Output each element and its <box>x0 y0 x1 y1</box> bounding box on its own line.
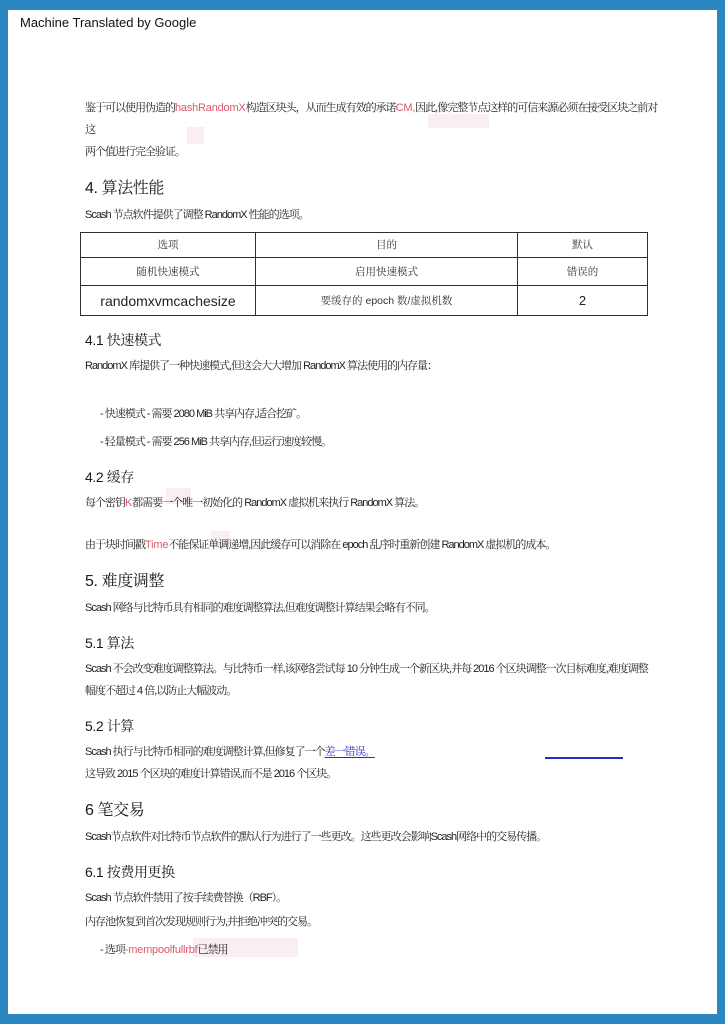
text-segment: Scash 网络与比特币具有相同的难度调整算法,但难度调整计算结果会略有不同。 <box>85 602 435 614</box>
section-4-heading: 4. 算法性能 <box>85 179 663 199</box>
table-cell: 要缓存的 epoch 数/虚拟机数 <box>256 286 518 316</box>
section-5-intro: Scash 网络与比特币具有相同的难度调整算法,但难度调整计算结果会略有不同。 <box>85 597 663 619</box>
code-term: Time <box>145 539 168 551</box>
table-cell: 错误的 <box>518 258 648 286</box>
translation-banner: Machine Translated by Google <box>20 15 196 30</box>
rbf-paragraph: Scash 节点软件禁用了按手续费替换（RBF）。 <box>85 887 663 909</box>
section-6-1-heading: 6.1 按费用更换 <box>85 862 663 882</box>
highlight-mark <box>428 114 489 128</box>
text-segment: Scash 节点软件提供了调整 RandomX 性能的选项。 <box>85 209 309 221</box>
table-row: 随机快速模式启用快速模式错误的 <box>81 258 648 286</box>
text-segment: 这导致 2015 个区块的难度计算错误,而不是 2016 个区块。 <box>85 768 336 780</box>
text-segment: Scash节点软件对比特币节点软件的默认行为进行了一些更改。这些更改会影响Sca… <box>85 831 546 843</box>
light-mode-bullet: - 轻量模式 - 需要 256 MiB 共享内存,但运行速度较慢。 <box>100 431 663 453</box>
text-segment: - 轻量模式 - 需要 256 MiB 共享内存,但运行速度较慢。 <box>100 436 331 448</box>
fast-mode-bullet: - 快速模式 - 需要 2080 MiB 共享内存,适合挖矿。 <box>100 403 663 425</box>
section-6-intro: Scash节点软件对比特币节点软件的默认行为进行了一些更改。这些更改会影响Sca… <box>85 826 663 848</box>
section-4-2-heading: 4.2 缓存 <box>85 467 663 487</box>
section-4-1-heading: 4.1 快速模式 <box>85 330 663 350</box>
text-segment: 鉴于可以使用伪造的 <box>85 102 175 114</box>
table-header-cell: 目的 <box>256 233 518 258</box>
table-cell: 启用快速模式 <box>256 258 518 286</box>
text-segment: 内存池恢复到首次发现规则行为,并拒绝冲突的交易。 <box>85 916 317 928</box>
algorithm-paragraph: Scash 不会改变难度调整算法。与比特币一样,该网络尝试每 10 分钟生成一个… <box>85 658 663 702</box>
code-term: -mempoolfullrbf <box>125 944 198 956</box>
section-6-heading: 6 笔交易 <box>85 801 663 821</box>
highlight-mark <box>187 127 204 144</box>
page: Machine Translated by Google 鉴于可以使用伪造的ha… <box>0 0 725 1024</box>
intro-paragraph: 鉴于可以使用伪造的hashRandomX构造区块头，从而生成有效的承诺CM,因此… <box>85 97 663 163</box>
blank-line <box>85 516 663 534</box>
text-segment: 不能保证单调递增,因此缓存可以消除在 epoch 乱序时重新创建 RandomX… <box>168 539 555 551</box>
text-segment: - 快速模式 - 需要 2080 MiB 共享内存,适合挖矿。 <box>100 408 306 420</box>
table-header-cell: 默认 <box>518 233 648 258</box>
text-segment: 已禁用 <box>198 944 228 956</box>
text-segment: 每个密钥 <box>85 497 125 509</box>
code-term: hashRandomX <box>175 102 246 114</box>
off-by-one-error-link[interactable]: 差一错误。 <box>325 746 375 758</box>
fast-mode-paragraph: RandomX 库提供了一种快速模式,但这会大大增加 RandomX 算法使用的… <box>85 355 663 377</box>
calculation-paragraph: Scash 执行与比特币相同的难度调整计算,但修复了一个差一错误。这导致 201… <box>85 741 663 785</box>
section-5-heading: 5. 难度调整 <box>85 572 663 592</box>
mempool-option-bullet: - 选项-mempoolfullrbf已禁用 <box>100 939 663 961</box>
table-cell: 2 <box>518 286 648 316</box>
link-underline-mark <box>545 757 623 759</box>
table-header-row: 选项目的默认 <box>81 233 648 258</box>
text-segment: Scash 执行与比特币相同的难度调整计算,但修复了一个 <box>85 746 325 758</box>
text-segment: Scash 节点软件禁用了按手续费替换（RBF）。 <box>85 892 286 904</box>
cache-paragraph-2: 由于块时间戳Time不能保证单调递增,因此缓存可以消除在 epoch 乱序时重新… <box>85 534 663 556</box>
table-row: randomxvmcachesize要缓存的 epoch 数/虚拟机数2 <box>81 286 648 316</box>
text-segment: Scash 不会改变难度调整算法。与比特币一样,该网络尝试每 10 分钟生成一个… <box>85 663 648 675</box>
document-content: 鉴于可以使用伪造的hashRandomX构造区块头，从而生成有效的承诺CM,因此… <box>85 97 663 967</box>
code-term: CM, <box>396 102 416 114</box>
text-segment: 都需要一个唯一初始化的 RandomX 虚拟机来执行 RandomX 算法。 <box>132 497 424 509</box>
text-segment: RandomX 库提供了一种快速模式,但这会大大增加 RandomX 算法使用的… <box>85 360 437 372</box>
blank-line <box>85 379 663 397</box>
table-cell: randomxvmcachesize <box>81 286 256 316</box>
text-segment: 两个值进行完全验证。 <box>85 146 185 158</box>
text-segment: 幅度不超过 4 倍,以防止大幅波动。 <box>85 685 236 697</box>
cache-paragraph-1: 每个密钥K都需要一个唯一初始化的 RandomX 虚拟机来执行 RandomX … <box>85 492 663 514</box>
text-segment: 由于块时间戳 <box>85 539 145 551</box>
performance-options-table: 选项目的默认随机快速模式启用快速模式错误的randomxvmcachesize要… <box>80 232 648 316</box>
mempool-paragraph: 内存池恢复到首次发现规则行为,并拒绝冲突的交易。 <box>85 911 663 933</box>
text-segment: 构造区块头，从而生成有效的承诺 <box>246 102 396 114</box>
table-header-cell: 选项 <box>81 233 256 258</box>
text-segment: - 选项 <box>100 944 125 956</box>
section-4-intro: Scash 节点软件提供了调整 RandomX 性能的选项。 <box>85 204 663 226</box>
table-cell: 随机快速模式 <box>81 258 256 286</box>
section-5-1-heading: 5.1 算法 <box>85 633 663 653</box>
section-5-2-heading: 5.2 计算 <box>85 716 663 736</box>
